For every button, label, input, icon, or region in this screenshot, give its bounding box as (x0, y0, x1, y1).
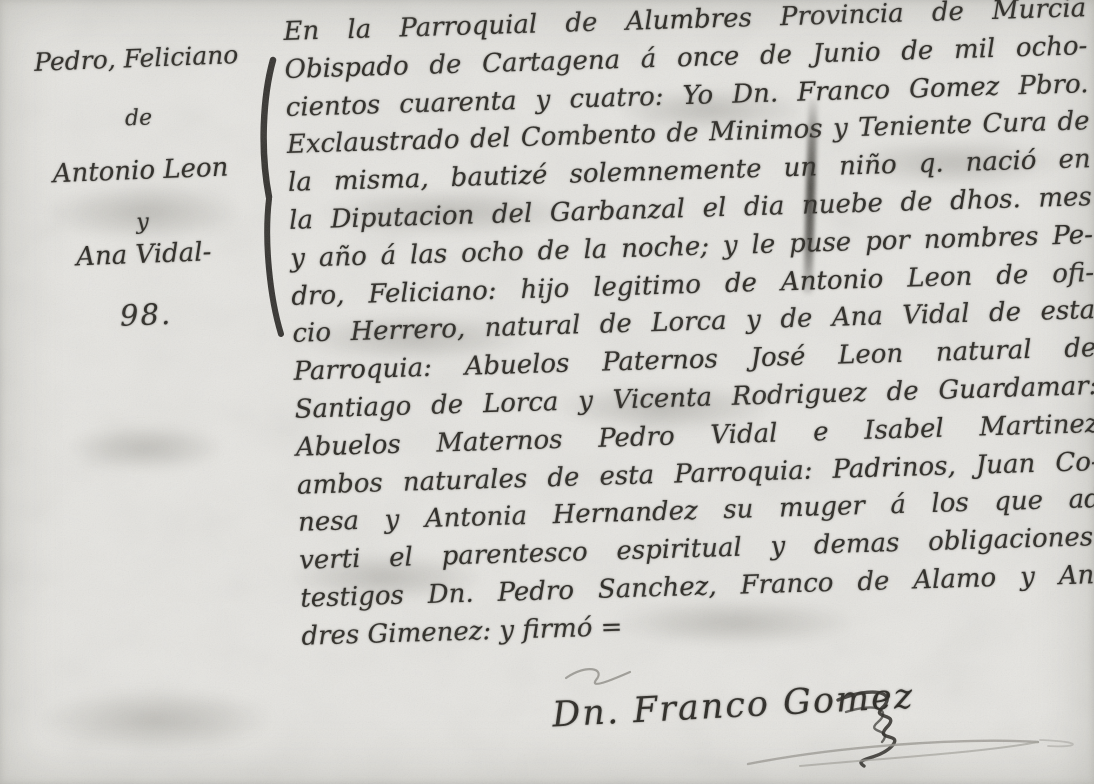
bleed-through-smudge (70, 425, 220, 470)
margin-annotation: Pedro, Feliciano de Antonio Leon y Ana V… (8, 0, 274, 365)
margin-line-y: y (16, 205, 269, 240)
priest-signature: Dn. Franco Gomez (551, 677, 915, 736)
margin-line-child-names: Pedro, Feliciano (10, 39, 263, 78)
manuscript-page: Pedro, Feliciano de Antonio Leon y Ana V… (0, 0, 1094, 784)
record-body-text: En la Parroquial de Alumbres Provincia d… (283, 0, 1094, 656)
margin-line-mother-name: Ana Vidal- (17, 235, 270, 275)
bleed-through-smudge (40, 690, 270, 750)
margin-line-father-name: Antonio Leon (14, 151, 267, 191)
margin-line-de: de (12, 101, 265, 136)
margin-line-entry-number: 98. (20, 293, 273, 337)
